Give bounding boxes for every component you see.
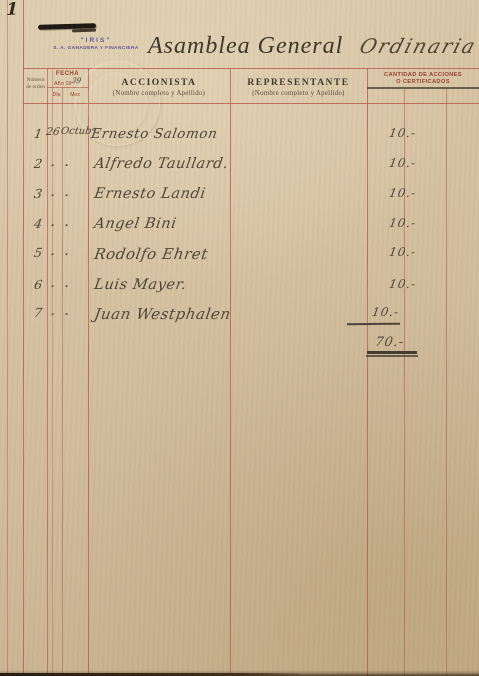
table-row: 5 . . Rodolfo Ehret 10.- <box>0 245 479 267</box>
col-header-accionista: ACCIONISTA <box>88 78 230 88</box>
col-header-dia: Día <box>50 92 63 98</box>
stamp-company-name: "IRIS" <box>40 37 152 44</box>
table-hline-header-bottom <box>23 103 479 104</box>
col-header-cantidad-line2: O CERTIFICADOS <box>367 79 479 85</box>
row-accionista-name: Rodolfo Ehret <box>93 245 209 263</box>
row-accionista-name: Ernesto Salomon <box>90 126 219 142</box>
col-header-representante: REPRESENTANTE <box>230 78 367 88</box>
title-handwritten: Ordinaria <box>357 34 479 58</box>
row-cantidad-value: 10.- <box>388 186 418 200</box>
row-dia-ditto: . <box>45 245 61 258</box>
table-row: 7 . . Juan Westphalen 10.- <box>0 305 479 327</box>
page-title: Asamblea General Ordinaria <box>148 33 478 60</box>
row-cantidad-value: 10.- <box>388 216 418 230</box>
row-mes-ditto: . <box>64 186 70 199</box>
title-printed: Asamblea General <box>148 33 343 59</box>
ink-smear-tail <box>72 29 96 33</box>
accionista-subtitle: (Nombre completo y Apellido) <box>88 90 230 97</box>
table-row: 3 . . Ernesto Landi 10.- <box>0 186 479 208</box>
row-mes-ditto: . <box>64 156 70 169</box>
total-double-rule-top <box>367 351 417 354</box>
col-header-orden: Número de orden <box>25 77 46 90</box>
row-dia: 26 <box>45 126 61 138</box>
table-row: 1 26 Octubᵉ Ernesto Salomon 10.- <box>0 126 479 148</box>
table-hline-header-top <box>23 68 479 69</box>
fecha-year-printed: Año 19 <box>54 81 71 87</box>
row-accionista-name: Angel Bini <box>93 216 178 232</box>
row-mes-ditto: . <box>64 277 70 290</box>
row-dia-ditto: . <box>45 216 61 229</box>
table-row: 6 . . Luis Mayer. 10.- <box>0 277 479 299</box>
row-mes-ditto: . <box>64 216 70 229</box>
page-number: 1 <box>6 0 18 20</box>
row-cantidad-value: 10.- <box>388 126 418 140</box>
row-cantidad-value: 10.- <box>388 277 418 291</box>
row-mes-ditto: . <box>64 305 70 318</box>
fecha-year-handwritten: 39 <box>71 76 82 85</box>
stamp-company-subtitle: S. A. GANADERA Y FINANCIERA <box>40 46 152 51</box>
row-accionista-name: Luis Mayer. <box>93 277 188 293</box>
row-dia-ditto: . <box>45 277 61 290</box>
col-header-mes: Mes <box>63 92 87 98</box>
ledger-page: 1 "IRIS" S. A. GANADERA Y FINANCIERA Asa… <box>0 0 479 676</box>
table-hline-fecha-divider <box>47 87 88 88</box>
row-accionista-name: Juan Westphalen <box>93 305 232 323</box>
total-value: 70.- <box>374 335 405 350</box>
company-stamp: "IRIS" S. A. GANADERA Y FINANCIERA <box>40 37 152 51</box>
table-row: 2 . . Alfredo Taullard. 10.- <box>0 156 479 178</box>
row-mes-ditto: . <box>64 245 70 258</box>
representante-subtitle: (Nombre completo y Apellido) <box>230 90 367 97</box>
table-row: 4 . . Angel Bini 10.- <box>0 216 479 238</box>
cantidad-header-rule <box>367 87 479 89</box>
row-dia-ditto: . <box>45 156 61 169</box>
row-cantidad-value: 10.- <box>388 156 418 170</box>
row-dia-ditto: . <box>45 186 61 199</box>
col-header-cantidad-line1: CANTIDAD DE ACCIONES <box>367 72 479 78</box>
row-cantidad-value: 10.- <box>371 305 401 319</box>
row-dia-ditto: . <box>45 305 61 318</box>
fecha-year: Año 1939 <box>47 78 88 87</box>
total-double-rule-bottom <box>366 355 418 357</box>
row-cantidad-value: 10.- <box>388 245 418 259</box>
row-accionista-name: Ernesto Landi <box>93 186 207 202</box>
margin-vline-inner <box>23 0 24 676</box>
row-accionista-name: Alfredo Taullard. <box>93 156 230 172</box>
margin-vline-outer <box>7 0 8 676</box>
